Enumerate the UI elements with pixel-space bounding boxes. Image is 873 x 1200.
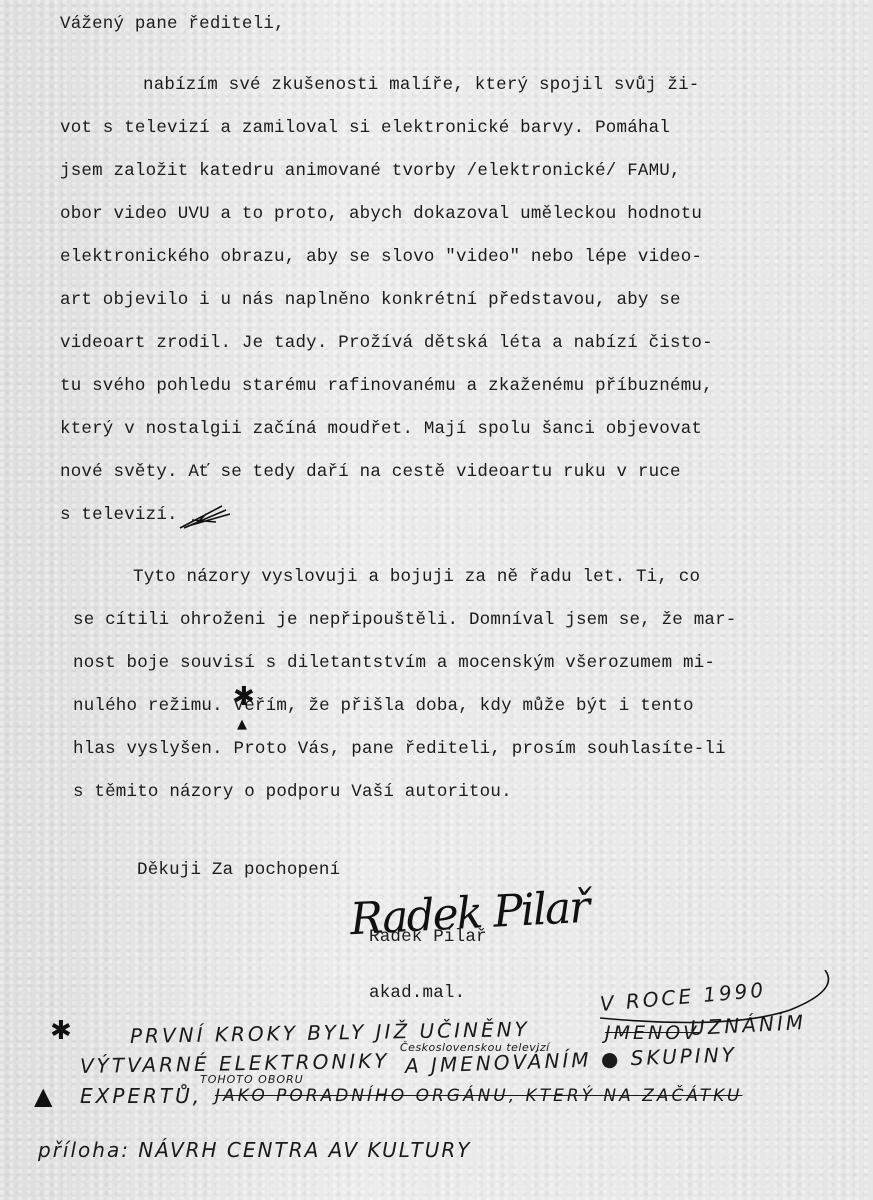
scribble-mark-icon xyxy=(176,500,236,532)
text-line: videoart zrodil. Je tady. Prožívá dětská… xyxy=(60,333,713,353)
text-line: nost boje souvisí s diletantstvím a moce… xyxy=(73,653,715,673)
text-line: elektronického obrazu, aby se slovo "vid… xyxy=(60,247,702,267)
text-line: nabízím své zkušenosti malíře, který spo… xyxy=(143,75,700,95)
text-line: Tyto názory vyslovuji a bojuji za ně řad… xyxy=(133,567,700,587)
text-line: nové světy. Ať se tedy daří na cestě vid… xyxy=(60,462,681,482)
text-line: s těmito názory o podporu Vaší autoritou… xyxy=(73,782,512,802)
triangle-mark-icon: ▲ xyxy=(237,717,247,732)
text-line: s televizí. xyxy=(60,505,178,525)
text-line: se cítili ohroženi je nepřipouštěli. Dom… xyxy=(73,610,737,630)
insertion-arc xyxy=(590,970,850,1030)
text-line: tu svého pohledu starému rafinovanému a … xyxy=(60,376,713,396)
asterisk-note-icon: ✱ xyxy=(50,1016,72,1046)
text-line: hlas vyslyšen. Proto Vás, pane řediteli,… xyxy=(73,739,726,759)
note-line-3-struck: JAKO PORADNÍHO ORGÁNU, KTERÝ NA ZAČÁTKU xyxy=(215,1086,742,1106)
text-line: nulého režimu. Věřím, že přišla doba, kd… xyxy=(73,696,694,716)
attachment-note: příloha: NÁVRH CENTRA AV KULTURY xyxy=(38,1138,472,1162)
note-line-3-insert: TOHOTO OBORU xyxy=(200,1073,304,1086)
salutation: Vážený pane řediteli, xyxy=(60,14,285,34)
text-line: vot s televizí a zamiloval si elektronic… xyxy=(60,118,670,138)
text-line: který v nostalgii začíná moudřet. Mají s… xyxy=(60,419,702,439)
typed-name: Radek Pilař xyxy=(369,927,487,947)
text-line: art objevilo i u nás naplněno konkrétní … xyxy=(60,290,681,310)
note-line-3: EXPERTŮ, xyxy=(80,1084,202,1108)
typed-title: akad.mal. xyxy=(369,983,465,1003)
text-line: jsem založit katedru animované tvorby /e… xyxy=(60,161,681,181)
text-line: obor video UVU a to proto, abych dokazov… xyxy=(60,204,702,224)
asterisk-mark-icon: ✱ xyxy=(233,682,255,712)
closing: Děkuji Za pochopení xyxy=(137,860,340,880)
triangle-note-icon: ▲ xyxy=(34,1082,52,1110)
